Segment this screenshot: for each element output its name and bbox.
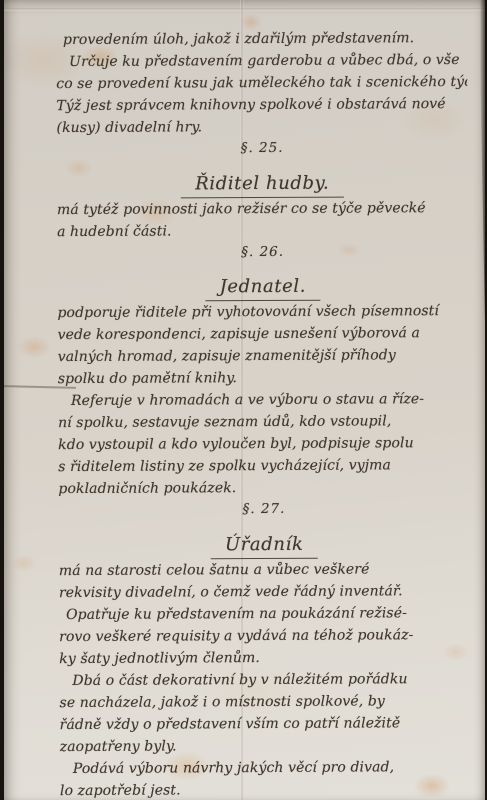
heading-row: Úřadník: [59, 530, 470, 559]
handwritten-text: provedením úloh, jakož i zdařilým předst…: [56, 27, 471, 800]
section-number-27: §. 27.: [58, 500, 469, 519]
section-heading-27: Úřadník: [211, 531, 318, 559]
text-line: ky šaty jednotlivým členům.: [59, 645, 470, 669]
heading-row: Jednatel.: [57, 273, 468, 302]
text-line: rekvisity divadelní, o čemž vede řádný i…: [59, 579, 470, 603]
text-line: Týž jest správcem knihovny spolkové i ob…: [56, 93, 467, 117]
text-line: lo zapotřebí jest.: [60, 777, 471, 800]
text-line: řádně vždy o představení vším co patří n…: [60, 711, 471, 735]
section-number-25: §. 25.: [57, 139, 468, 158]
text-line: podporuje řiditele při vyhotovování všec…: [57, 300, 468, 324]
horizontal-crease: [4, 8, 485, 11]
section-heading-26: Jednatel.: [206, 274, 321, 302]
text-line: a hudební části.: [57, 218, 468, 242]
text-line: zaopatřeny byly.: [60, 733, 471, 757]
text-line: Opatřuje ku představením na poukázání re…: [59, 601, 470, 625]
section-heading-25: Řiditel hudby.: [181, 170, 343, 198]
text-line: s řiditelem listiny ze spolku vycházejíc…: [58, 454, 469, 478]
text-line: co se provedení kusu jak uměleckého tak …: [56, 71, 467, 95]
text-line: spolku do pamětní knihy.: [58, 366, 469, 390]
text-line: Určuje ku představením garderobu a vůbec…: [56, 49, 467, 73]
text-line: kdo vystoupil a kdo vyloučen byl, podpis…: [58, 432, 469, 456]
text-line: pokladničních poukázek.: [58, 476, 469, 500]
text-line: má na starosti celou šatnu a vůbec veške…: [59, 557, 470, 581]
text-line: má tytéž povinnosti jako režisér co se t…: [57, 196, 468, 220]
text-line: rovo veškeré requisity a vydává na téhož…: [59, 623, 470, 647]
text-line: Referuje v hromadách a ve výboru o stavu…: [58, 388, 469, 412]
section-number-26: §. 26.: [57, 242, 468, 261]
text-line: se nacházela, jakož i o místnosti spolko…: [59, 689, 470, 713]
text-line: (kusy) divadelní hry.: [56, 115, 467, 139]
photo-background: { "colors": { "background": "#17130f", "…: [0, 0, 487, 800]
text-line: Podává výboru návrhy jakých věcí pro div…: [60, 755, 471, 779]
text-line: ní spolku, sestavuje seznam údů, kdo vst…: [58, 410, 469, 434]
text-line: provedením úloh, jakož i zdařilým předst…: [56, 27, 467, 51]
text-line: Dbá o část dekorativní by v náležitém po…: [59, 667, 470, 691]
heading-row: Řiditel hudby.: [57, 169, 468, 198]
manuscript-page: provedením úloh, jakož i zdařilým předst…: [4, 0, 485, 800]
text-line: valných hromad, zapisuje znamenitější př…: [58, 344, 469, 368]
text-line: vede korespondenci, zapisuje usnešení vý…: [58, 322, 469, 346]
